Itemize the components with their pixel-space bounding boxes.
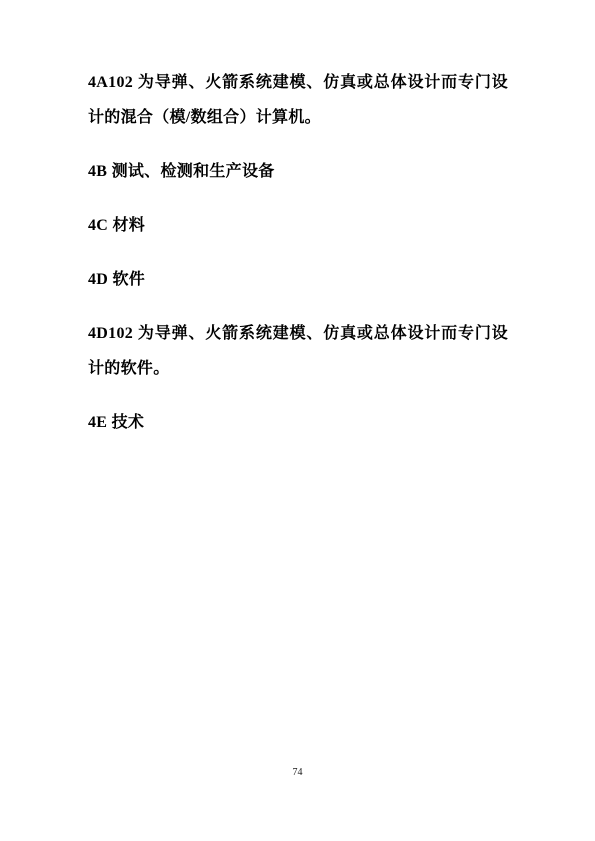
page-number: 74 [293,767,303,778]
paragraph-4b-heading: 4B 测试、检测和生产设备 [88,154,508,189]
paragraph-4e-heading: 4E 技术 [88,405,508,440]
paragraph-4d102: 4D102 为导弹、火箭系统建模、仿真或总体设计而专门设计的软件。 [88,316,508,386]
paragraph-4a102: 4A102 为导弹、火箭系统建模、仿真或总体设计而专门设计的混合（模/数组合）计… [88,65,508,135]
document-page: 4A102 为导弹、火箭系统建模、仿真或总体设计而专门设计的混合（模/数组合）计… [0,0,595,841]
paragraph-4c-heading: 4C 材料 [88,208,508,243]
paragraph-4d-heading: 4D 软件 [88,262,508,297]
document-body: 4A102 为导弹、火箭系统建模、仿真或总体设计而专门设计的混合（模/数组合）计… [88,65,508,440]
page-footer: 74 [0,762,595,780]
